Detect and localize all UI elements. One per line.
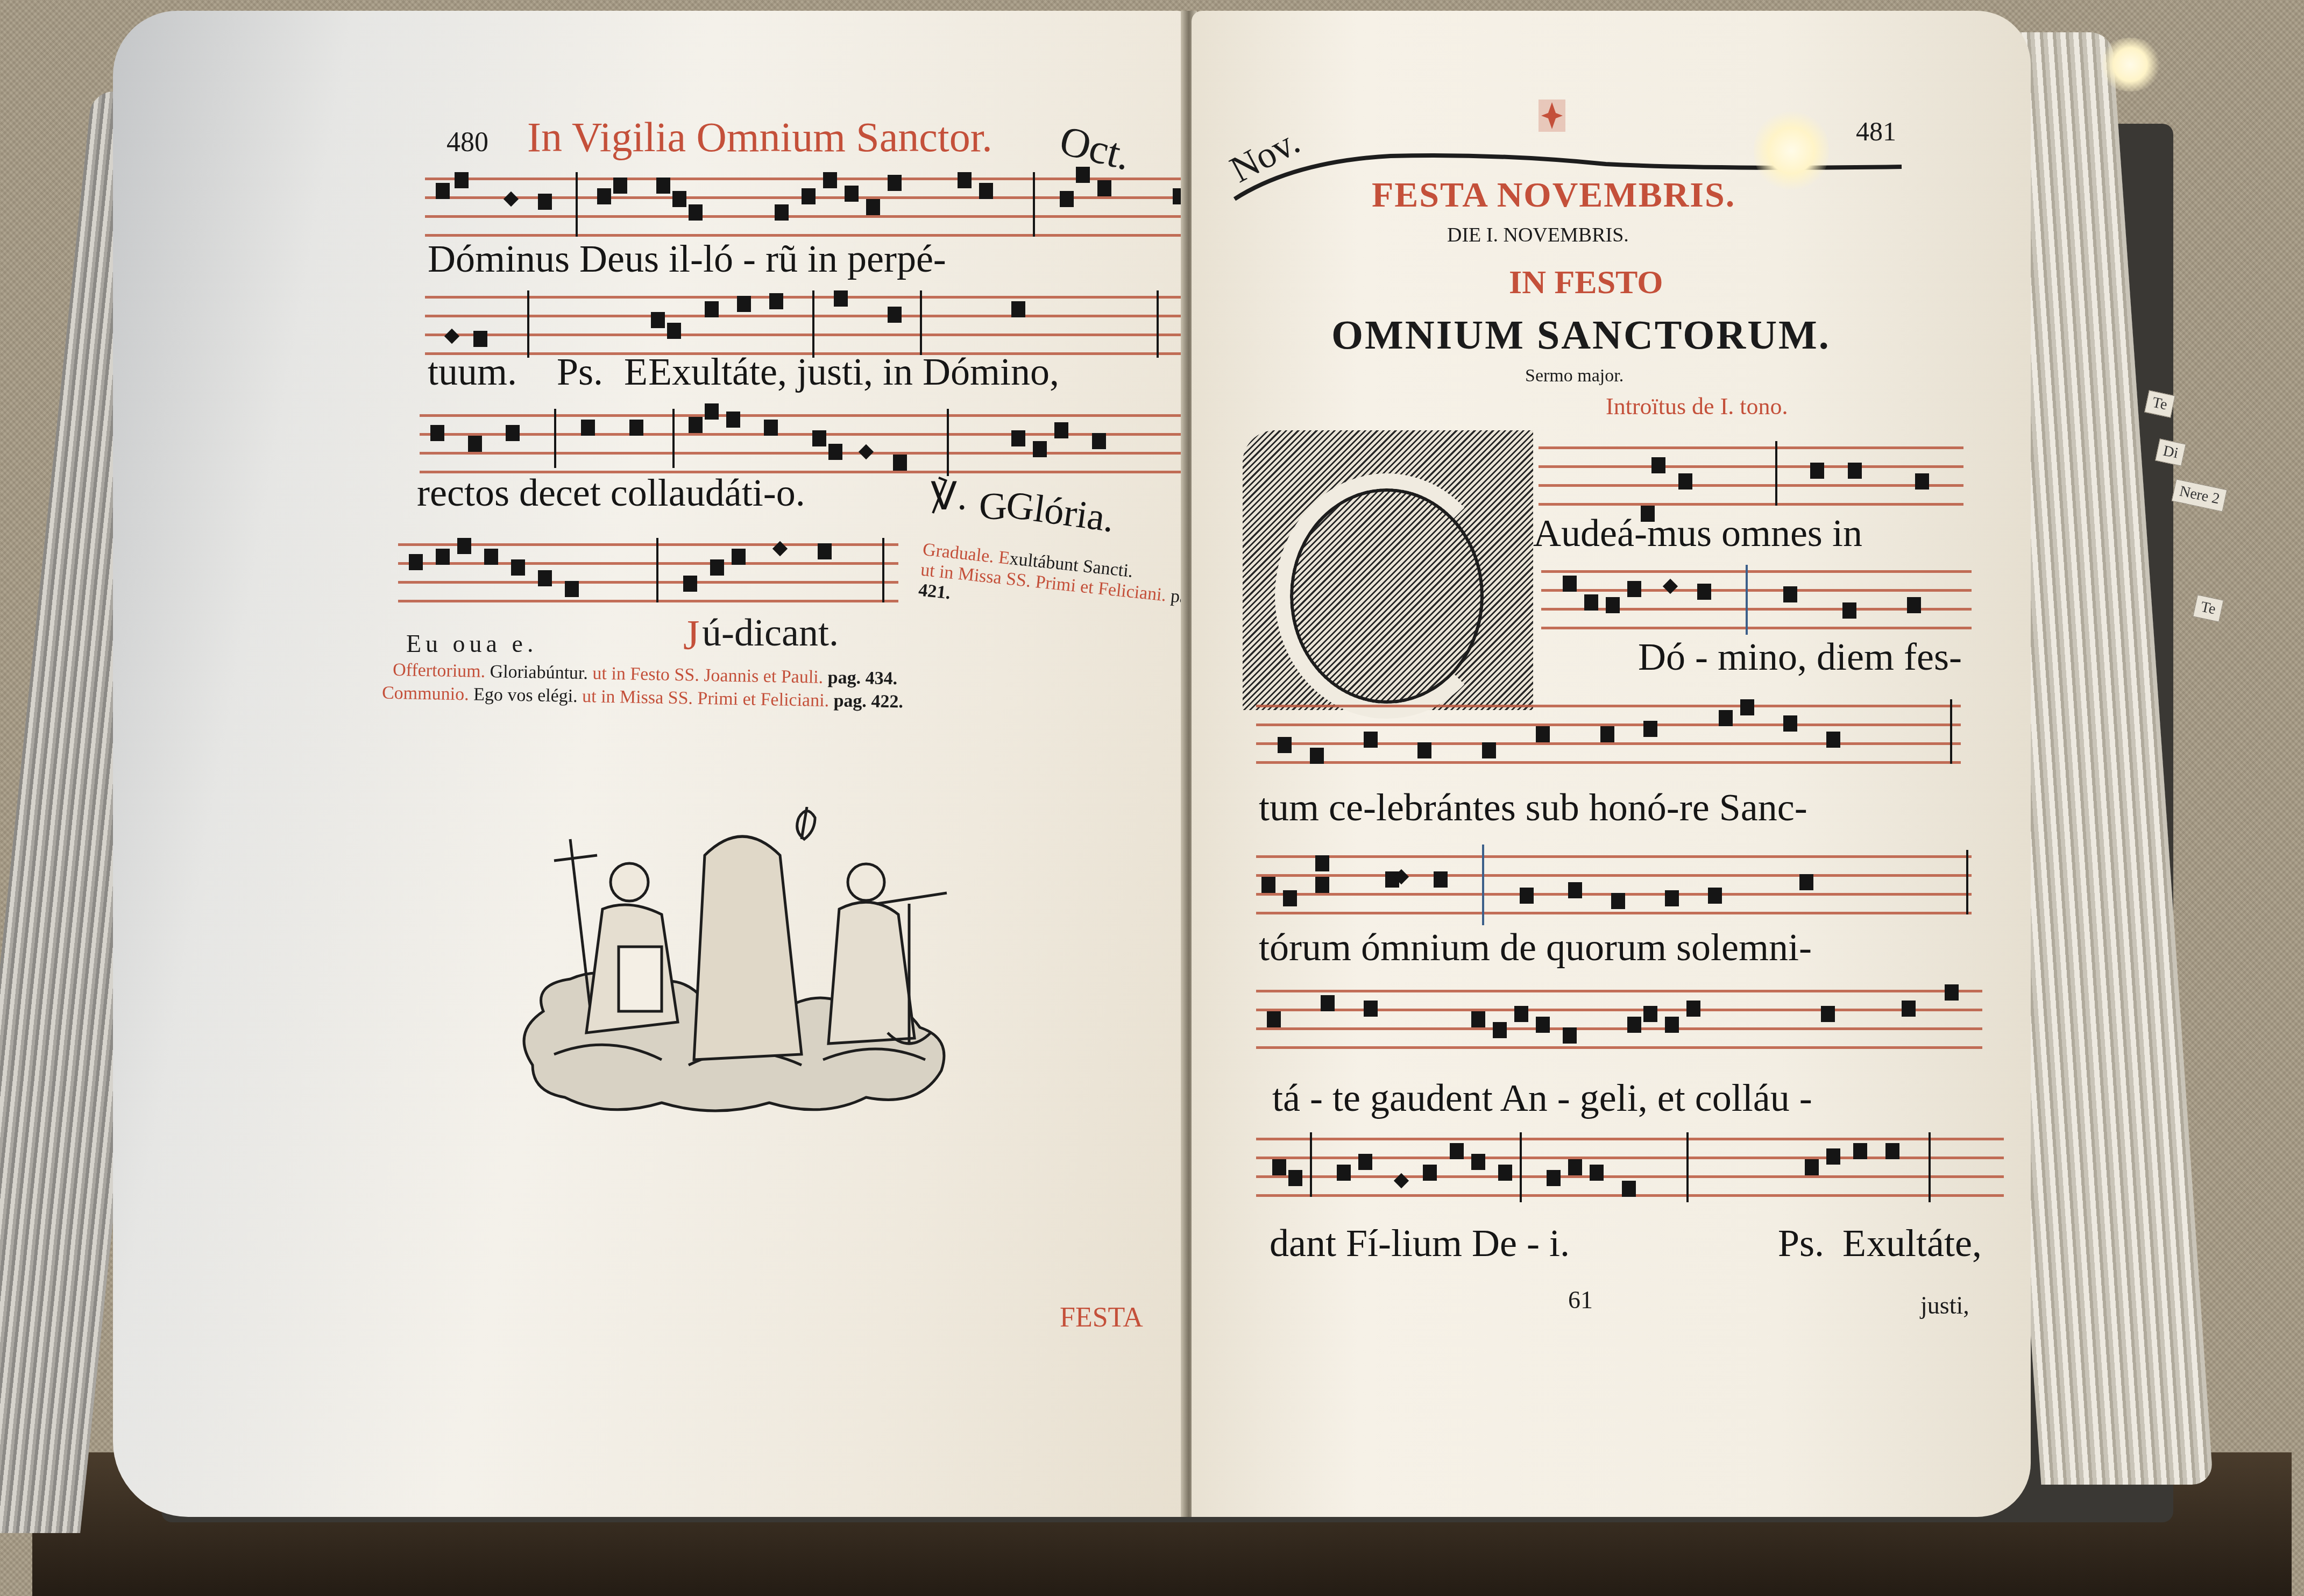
chant-staff [1539, 441, 1963, 516]
lyric-line-tuum: tuum. [428, 350, 517, 394]
psalm-initial: E [624, 350, 648, 394]
psalm-marker-right: Ps. [1778, 1221, 1824, 1266]
chant-staff [1541, 565, 1972, 635]
communio-ref: ut in Missa SS. Primi et Feliciani. [582, 686, 830, 711]
chant-staff [1256, 1132, 2004, 1208]
lyric-line: Audeá-mus omnes in [1533, 511, 1862, 556]
historiated-initial-g: G [1243, 430, 1533, 710]
lyric-line: rectos decet collaudáti-o. [417, 471, 805, 515]
index-tab[interactable]: Te [2193, 594, 2223, 622]
psalm-text: Exultáte, justi, in Dómino, [648, 350, 1059, 394]
judicant-text: ú-dicant. [702, 611, 839, 655]
graduale-note: Graduale. Exultábunt Sancti. ut in Missa… [917, 540, 1204, 630]
catchword-right: justi, [1920, 1291, 1969, 1320]
psalm-text-right: xultáte, [1867, 1221, 1982, 1266]
lyric-line: Dóminus Deus il-ló - rũ in perpé- [428, 237, 946, 281]
graduale-pag-number: 421. [918, 580, 952, 603]
lyric-line: tá - te gaudent An - geli, et colláu - [1272, 1076, 1812, 1120]
right-page: Nov. 481 FESTA NOVEMBRIS. DIE I. NOVEMBR… [1192, 11, 2031, 1517]
rank-label: Sermo major. [1525, 366, 1624, 386]
communio-label: Communio. [382, 683, 469, 705]
feast-name: OMNIUM SANCTORUM. [1331, 312, 1831, 359]
date-line: DIE I. NOVEMBRIS. [1447, 223, 1629, 247]
title-festa-novembris: FESTA NOVEMBRIS. [1372, 175, 1735, 216]
communio-pag: pag. 422. [833, 691, 903, 712]
versicle-marker: ℣. [931, 473, 967, 519]
running-head-left: In Vigilia Omnium Sanctor. [527, 113, 993, 161]
communio-incipit: Ego vos elégi. [473, 685, 578, 706]
lyric-line: tórum ómnium de quorum solemni- [1259, 925, 1812, 970]
euouae: Eu oua e. [406, 629, 537, 658]
chant-staff [398, 538, 898, 602]
offertorium-label: Offertorium. [393, 660, 486, 682]
gloria-text: Glória. [1003, 482, 1117, 541]
light-glare [1754, 108, 1829, 194]
index-tab[interactable]: Nere 2 [2172, 479, 2228, 512]
chant-staff [1256, 699, 1961, 775]
left-page: 480 In Vigilia Omnium Sanctor. Oct. Dómi… [113, 11, 1189, 1517]
initial-letter-g-frame [1275, 473, 1499, 719]
judicant-initial: J [683, 611, 699, 659]
page-number-left: 480 [446, 126, 488, 158]
chant-staff [420, 409, 1248, 479]
signature-mark: 61 [1568, 1286, 1593, 1314]
chant-staff [425, 172, 1248, 242]
feast-prefix: IN FESTO [1509, 264, 1663, 302]
light-glare [2098, 38, 2163, 91]
cross-fleuron-icon [1539, 100, 1565, 132]
catchword-left: FESTA [1060, 1302, 1143, 1333]
psalm-marker: Ps. [557, 350, 603, 394]
lyric-line: tum ce-lebrántes sub honó-re Sanc- [1259, 785, 1807, 830]
chant-staff [1256, 984, 1982, 1060]
versicle-initial: G [979, 484, 1007, 529]
lyric-line: dant Fí-lium De - i. [1270, 1221, 1570, 1266]
month-marker-oct: Oct. [1055, 116, 1136, 180]
offertorium-pag: pag. 434. [827, 668, 897, 689]
virtues-woodcut-illustration [500, 807, 984, 1119]
psalm-initial-right: E [1842, 1221, 1866, 1266]
offertorium-incipit: Gloriabúntur. [490, 662, 588, 683]
lyric-line: Dó - mino, diem fes- [1638, 635, 1962, 679]
chant-staff [1256, 850, 1972, 925]
introit-label: Introïtus de I. tono. [1606, 393, 1788, 420]
offertorium-ref: ut in Festo SS. Joannis et Pauli. [592, 663, 823, 687]
